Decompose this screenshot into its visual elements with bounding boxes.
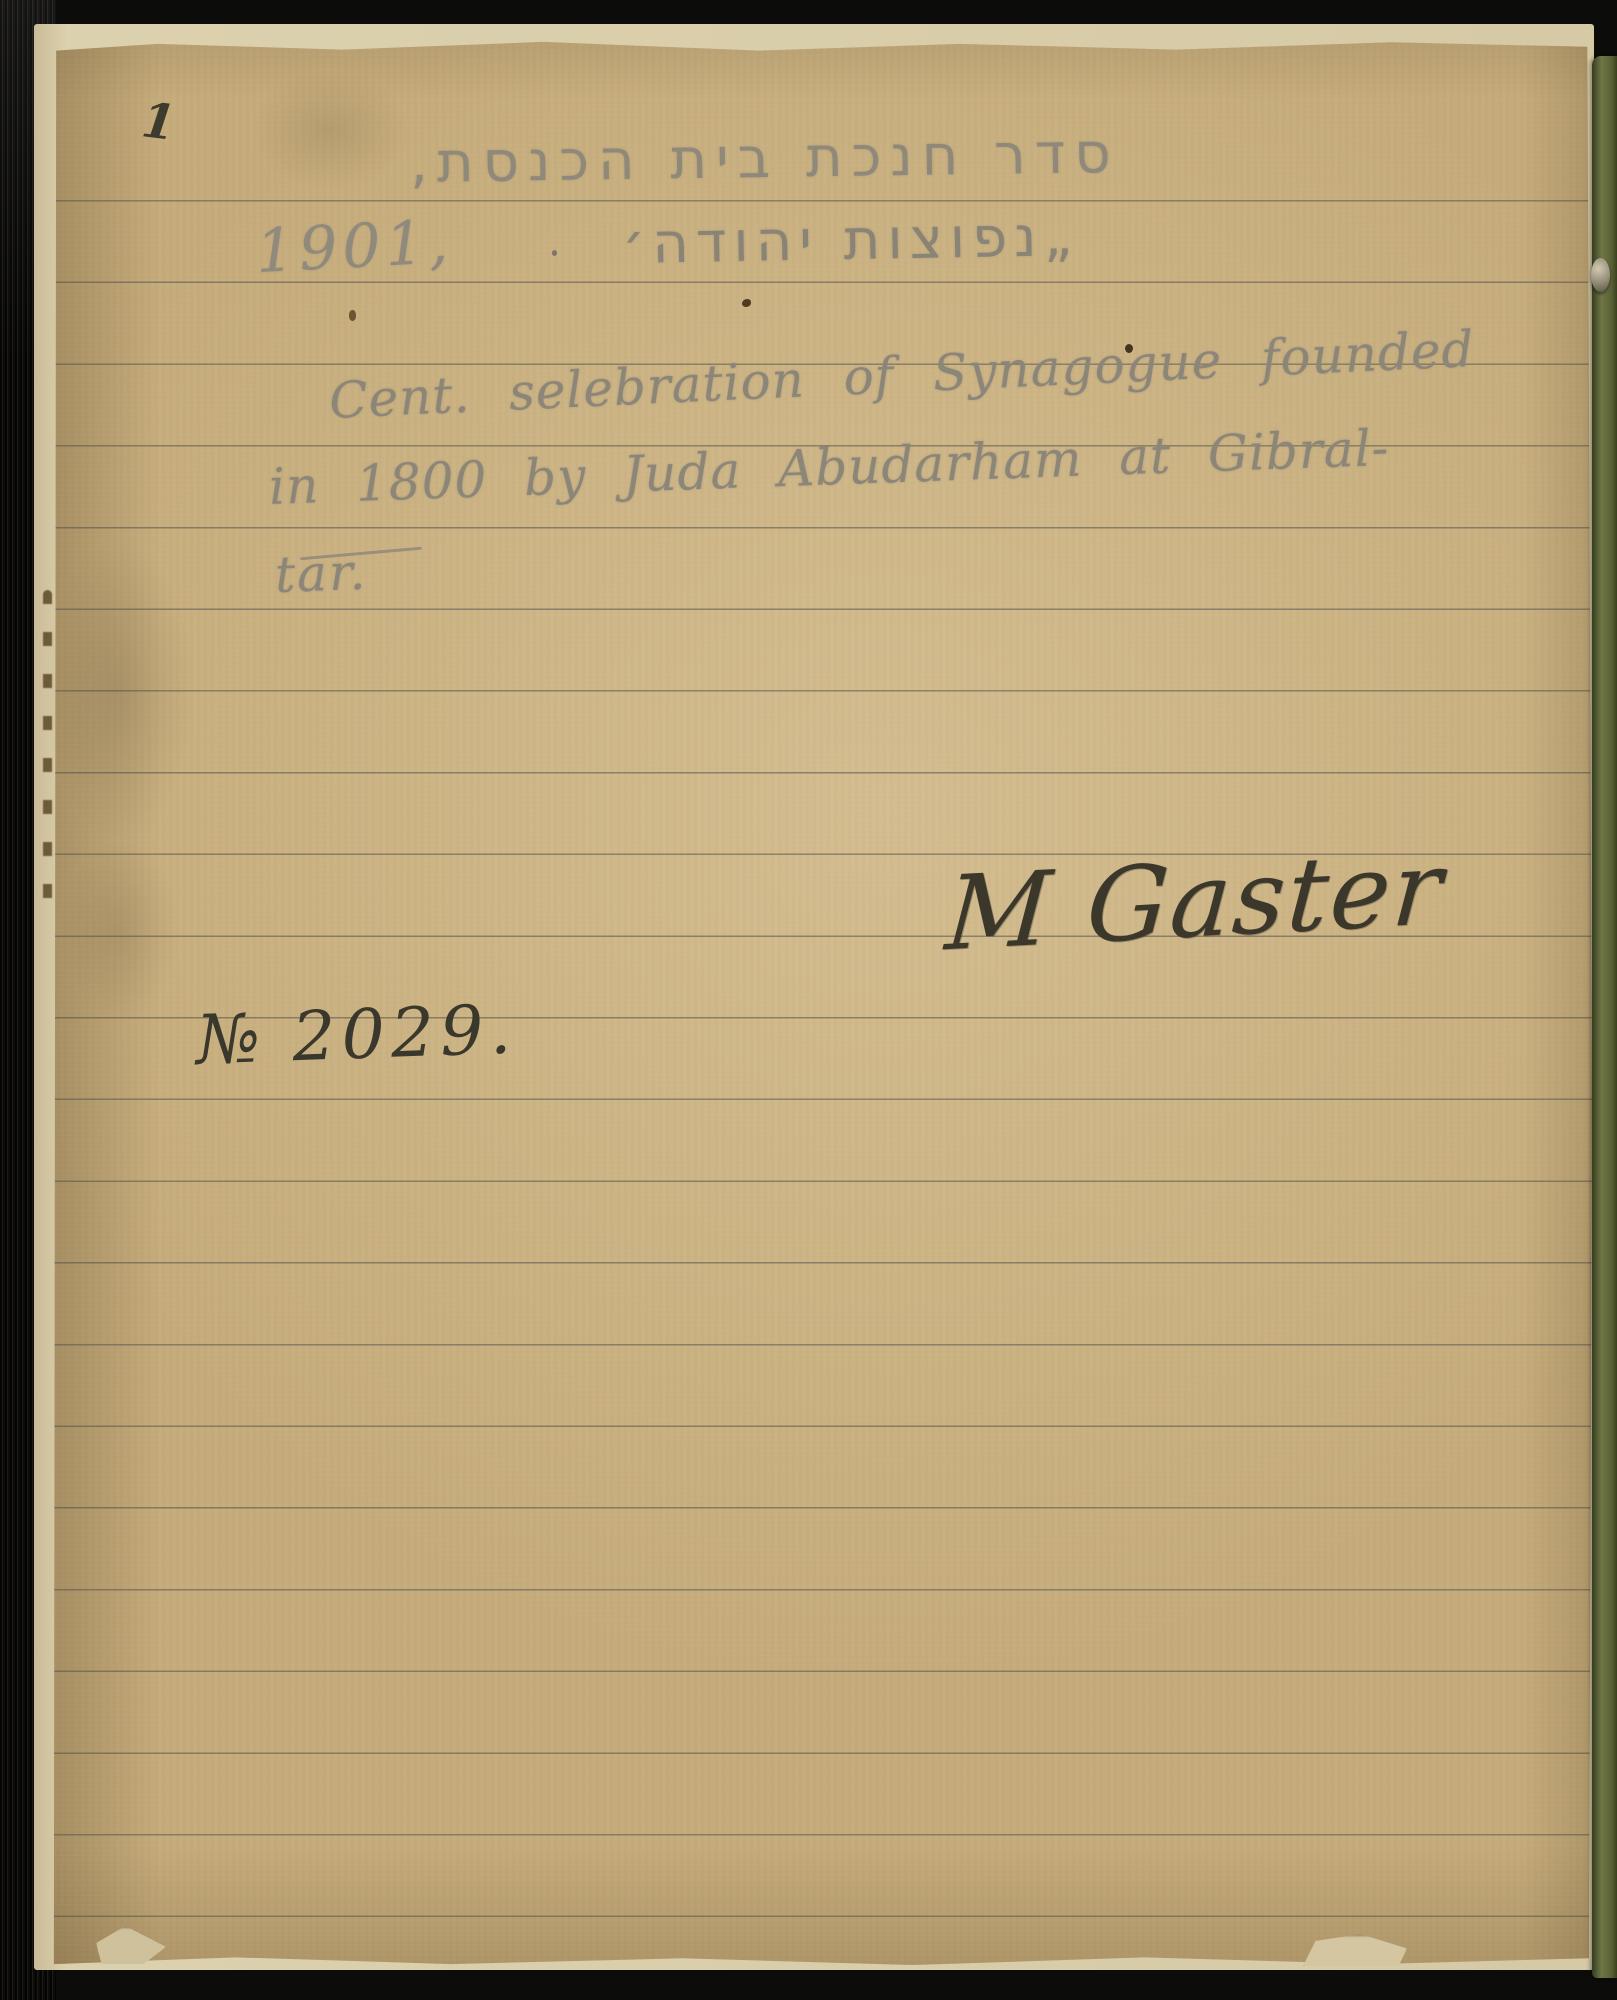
smudge xyxy=(250,70,410,190)
book-cover-edge xyxy=(1592,56,1617,1978)
torn-edge-fibers xyxy=(43,590,52,910)
catalog-number: №2029. xyxy=(195,990,519,1080)
catalog-number-label: № xyxy=(195,999,268,1080)
scanned-notebook-page: 1 סדר חנכת בית הכנסת, 1901, „נפוצות יהוד… xyxy=(0,0,1617,2000)
folio-number: 1 xyxy=(139,92,179,152)
ink-speck xyxy=(349,310,356,321)
smudge xyxy=(44,540,194,840)
pencil-speck xyxy=(552,250,557,256)
hebrew-title-line2: „נפוצות יהודה׳ xyxy=(622,204,1081,277)
year-note: 1901, xyxy=(254,207,454,287)
metal-clasp xyxy=(1591,258,1610,292)
catalog-number-value: 2029. xyxy=(291,990,518,1077)
hebrew-title-line1: סדר חנכת בית הכנסת, xyxy=(410,121,1120,196)
smudge xyxy=(60,840,180,1020)
